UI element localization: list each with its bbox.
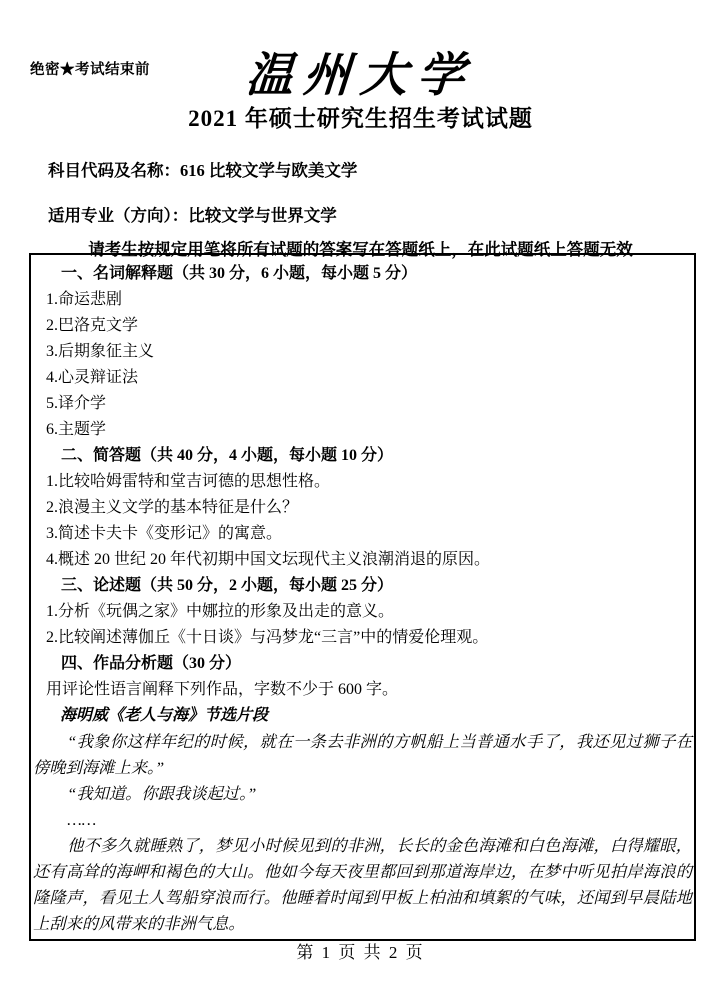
subject-line: 科目代码及名称：616 比较文学与欧美文学 bbox=[48, 157, 357, 181]
question-item: 4.心灵辩证法 bbox=[46, 365, 692, 391]
question-item: 2.浪漫主义文学的基本特征是什么？ bbox=[46, 495, 692, 521]
question-box: 一、名词解释题（共 30 分，6 小题，每小题 5 分） 1.命运悲剧 2.巴洛… bbox=[29, 253, 696, 941]
question-item: 2.比较阐述薄伽丘《十日谈》与冯梦龙“三言”中的情爱伦理观。 bbox=[46, 625, 692, 651]
question-item: 4.概述 20 世纪 20 年代初期中国文坛现代主义浪潮消退的原因。 bbox=[46, 547, 692, 573]
excerpt-paragraph: “我知道。你跟我谈起过。” bbox=[33, 781, 692, 807]
question-item: 1.命运悲剧 bbox=[46, 287, 692, 313]
excerpt-paragraph: …… bbox=[33, 807, 692, 833]
question-item: 1.分析《玩偶之家》中娜拉的形象及出走的意义。 bbox=[46, 599, 692, 625]
exam-title: 2021 年硕士研究生招生考试试题 bbox=[0, 100, 721, 133]
question-item: 用评论性语言阐释下列作品，字数不少于 600 字。 bbox=[46, 677, 692, 703]
excerpt-paragraph: 他不多久就睡熟了，梦见小时候见到的非洲，长长的金色海滩和白色海滩，白得耀眼，还有… bbox=[33, 833, 692, 937]
question-item: 5.译介学 bbox=[46, 391, 692, 417]
exam-paper-page: 绝密★考试结束前 温州大学 2021 年硕士研究生招生考试试题 科目代码及名称：… bbox=[0, 0, 721, 997]
university-title: 温州大学 bbox=[0, 38, 721, 105]
section-1-heading: 一、名词解释题（共 30 分，6 小题，每小题 5 分） bbox=[61, 261, 692, 287]
excerpt-title: 海明威《老人与海》节选片段 bbox=[60, 703, 692, 729]
page-footer: 第 1 页 共 2 页 bbox=[0, 938, 721, 963]
section-2-heading: 二、简答题（共 40 分，4 小题，每小题 10 分） bbox=[61, 443, 692, 469]
excerpt-paragraph: “我象你这样年纪的时候，就在一条去非洲的方帆船上当普通水手了，我还见过狮子在傍晚… bbox=[33, 729, 692, 781]
question-item: 3.后期象征主义 bbox=[46, 339, 692, 365]
question-item: 1.比较哈姆雷特和堂吉诃德的思想性格。 bbox=[46, 469, 692, 495]
section-4-heading: 四、作品分析题（30 分） bbox=[61, 651, 692, 677]
question-item: 2.巴洛克文学 bbox=[46, 313, 692, 339]
major-line: 适用专业（方向）：比较文学与世界文学 bbox=[48, 202, 337, 226]
question-item: 3.简述卡夫卡《变形记》的寓意。 bbox=[46, 521, 692, 547]
question-item: 6.主题学 bbox=[46, 417, 692, 443]
section-3-heading: 三、论述题（共 50 分，2 小题，每小题 25 分） bbox=[61, 573, 692, 599]
